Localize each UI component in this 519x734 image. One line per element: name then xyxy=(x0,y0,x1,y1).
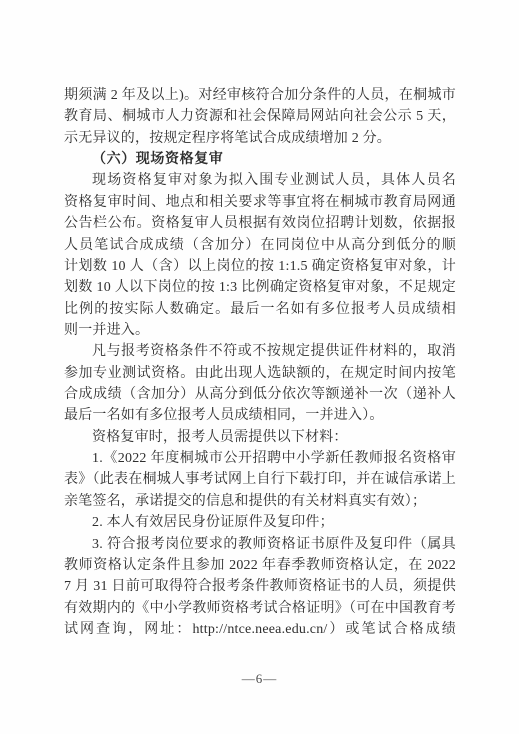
text-line: 参加专业测试资格。由此出现人选缺额的，在规定时间内按笔试 xyxy=(64,363,456,384)
text-line: 教师资格认定条件且参加 2022 年春季教师资格认定，在 2022 年 xyxy=(64,555,456,576)
text-line: 资格复审时间、地点和相关要求等事宜将在桐城市教育局网通知 xyxy=(64,192,456,213)
text-line: 划数 10 人以下岗位的按 1:3 比例确定资格复审对象，不足规定 xyxy=(64,277,456,298)
section-heading: （六）现场资格复审 xyxy=(64,149,456,170)
text-line: 7 月 31 日前可取得符合报考条件教师资格证书的人员，须提供 xyxy=(64,576,456,597)
text-line: 合成成绩（含加分）从高分到低分依次等额递补一次（递补人员 xyxy=(64,384,456,405)
text-line: 凡与报考资格条件不符或不按规定提供证件材料的，取消其 xyxy=(64,341,456,362)
text-line: 1.《2022 年度桐城市公开招聘中小学新任教师报名资格审查 xyxy=(64,448,456,469)
text-line: 教育局、桐城市人力资源和社会保障局网站向社会公示 5 天，公 xyxy=(64,106,456,127)
text-line: 表》（此表在桐城人事考试网上自行下载打印，并在诚信承诺上 xyxy=(64,469,456,490)
text-line: 2. 本人有效居民身份证原件及复印件； xyxy=(64,512,456,533)
document-page: 期须满 2 年及以上)。对经审核符合加分条件的人员，在桐城市教育局、桐城市人力资… xyxy=(0,0,519,734)
text-line: 试网查询，网址：http://ntce.neea.edu.cn/）或笔试合格成绩 xyxy=(64,619,456,640)
text-line: 计划数 10 人（含）以上岗位的按 1:1.5 确定资格复审对象，计 xyxy=(64,256,456,277)
text-line: 最后一名如有多位报考人员成绩相同，一并进入）。 xyxy=(64,405,456,426)
text-line: 期须满 2 年及以上)。对经审核符合加分条件的人员，在桐城市 xyxy=(64,85,456,106)
text-line: 比例的按实际人数确定。最后一名如有多位报考人员成绩相同， xyxy=(64,299,456,320)
text-line: 公告栏公布。资格复审人员根据有效岗位招聘计划数，依据报考 xyxy=(64,213,456,234)
text-line: 3. 符合报考岗位要求的教师资格证书原件及复印件（属具备 xyxy=(64,534,456,555)
text-line: 人员笔试合成成绩（含加分）在同岗位中从高分到低分的顺序， xyxy=(64,235,456,256)
text-line: 示无异议的，按规定程序将笔试合成成绩增加 2 分。 xyxy=(64,128,456,149)
text-line: 亲笔签名，承诺提交的信息和提供的有关材料真实有效）； xyxy=(64,491,456,512)
page-number: —6— xyxy=(0,668,519,689)
document-body: 期须满 2 年及以上)。对经审核符合加分条件的人员，在桐城市教育局、桐城市人力资… xyxy=(64,85,456,640)
text-line: 则一并进入。 xyxy=(64,320,456,341)
text-line: 现场资格复审对象为拟入围专业测试人员，具体人员名单、 xyxy=(64,170,456,191)
text-line: 资格复审时，报考人员需提供以下材料： xyxy=(64,427,456,448)
text-line: 有效期内的《中小学教师资格考试合格证明》（可在中国教育考 xyxy=(64,598,456,619)
